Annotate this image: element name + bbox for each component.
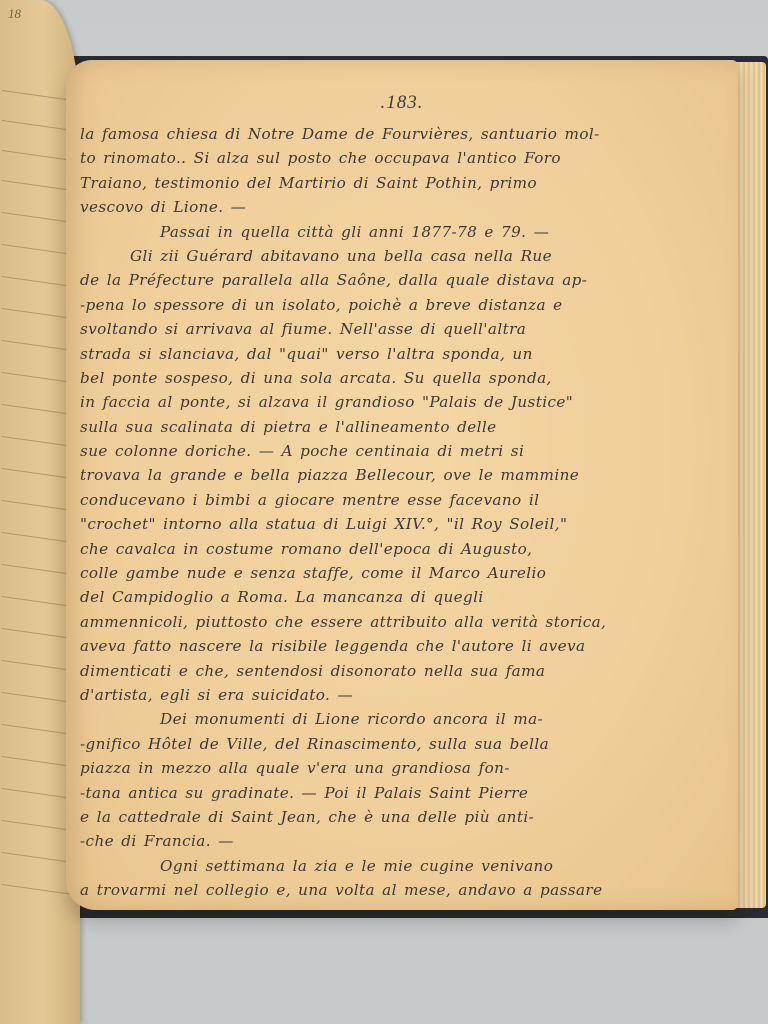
- faint-handwriting: [2, 788, 73, 799]
- text-line: Ogni settimana la zia e le mie cugine ve…: [80, 854, 720, 878]
- faint-handwriting: [2, 660, 73, 671]
- handwritten-text: la famosa chiesa di Notre Dame de Fourvi…: [80, 122, 720, 903]
- faint-handwriting: [2, 820, 75, 831]
- faint-handwriting: [2, 340, 71, 351]
- text-line: -che di Francia. —: [80, 829, 720, 853]
- text-line: piazza in mezzo alla quale v'era una gra…: [80, 756, 720, 780]
- text-line: del Campidoglio a Roma. La mancanza di q…: [80, 585, 720, 609]
- faint-handwriting: [2, 90, 71, 101]
- manuscript-page: .183. la famosa chiesa di Notre Dame de …: [66, 60, 738, 910]
- faint-handwriting: [2, 150, 71, 161]
- faint-handwriting: [2, 852, 71, 863]
- text-line: sue colonne doriche. — A poche centinaia…: [80, 439, 720, 463]
- faint-handwriting: [2, 276, 71, 287]
- text-line: "crochet" intorno alla statua di Luigi X…: [80, 512, 720, 536]
- text-line: ammennicoli, piuttosto che essere attrib…: [80, 610, 720, 634]
- faint-handwriting: [2, 724, 71, 735]
- text-line: Passai in quella città gli anni 1877-78 …: [80, 220, 720, 244]
- faint-handwriting: [2, 564, 75, 575]
- text-line: che cavalca in costume romano dell'epoca…: [80, 537, 720, 561]
- faint-handwriting: [2, 596, 71, 607]
- text-line: sulla sua scalinata di pietra e l'alline…: [80, 415, 720, 439]
- text-line: bel ponte sospeso, di una sola arcata. S…: [80, 366, 720, 390]
- text-line: svoltando si arrivava al fiume. Nell'ass…: [80, 317, 720, 341]
- text-line: e la cattedrale di Saint Jean, che è una…: [80, 805, 720, 829]
- text-line: -pena lo spessore di un isolato, poichè …: [80, 293, 720, 317]
- faint-handwriting: [2, 212, 73, 223]
- page-number: .183.: [66, 92, 738, 114]
- page-edges: [736, 62, 766, 908]
- left-page-number: 18: [8, 6, 21, 22]
- text-line: -gnifico Hôtel de Ville, del Rinasciment…: [80, 732, 720, 756]
- text-line: a trovarmi nel collegio e, una volta al …: [80, 878, 720, 902]
- faint-handwriting: [2, 404, 73, 415]
- text-line: to rinomato.. Si alza sul posto che occu…: [80, 146, 720, 170]
- text-line: la famosa chiesa di Notre Dame de Fourvi…: [80, 122, 720, 146]
- faint-handwriting: [2, 308, 75, 319]
- text-line: Traiano, testimonio del Martirio di Sain…: [80, 171, 720, 195]
- faint-handwriting: [2, 120, 75, 131]
- text-line: Dei monumenti di Lione ricordo ancora il…: [80, 707, 720, 731]
- faint-handwriting: [2, 532, 73, 543]
- faint-handwriting: [2, 884, 73, 895]
- text-line: Gli zii Guérard abitavano una bella casa…: [80, 244, 720, 268]
- faint-handwriting: [2, 436, 75, 447]
- text-line: conducevano i bimbi a giocare mentre ess…: [80, 488, 720, 512]
- text-line: colle gambe nude e senza staffe, come il…: [80, 561, 720, 585]
- faint-handwriting: [2, 692, 75, 703]
- text-line: strada si slanciava, dal "quai" verso l'…: [80, 342, 720, 366]
- text-line: aveva fatto nascere la risibile leggenda…: [80, 634, 720, 658]
- text-line: d'artista, egli si era suicidato. —: [80, 683, 720, 707]
- text-line: vescovo di Lione. —: [80, 195, 720, 219]
- faint-handwriting: [2, 468, 71, 479]
- photo-scene: 18 .183. la famosa chiesa di Notre Dame …: [0, 0, 768, 1024]
- text-line: -tana antica su gradinate. — Poi il Pala…: [80, 781, 720, 805]
- text-line: trovava la grande e bella piazza Belleco…: [80, 463, 720, 487]
- text-line: in faccia al ponte, si alzava il grandio…: [80, 390, 720, 414]
- text-line: de la Préfecture parallela alla Saône, d…: [80, 268, 720, 292]
- text-line: dimenticati e che, sentendosi disonorato…: [80, 659, 720, 683]
